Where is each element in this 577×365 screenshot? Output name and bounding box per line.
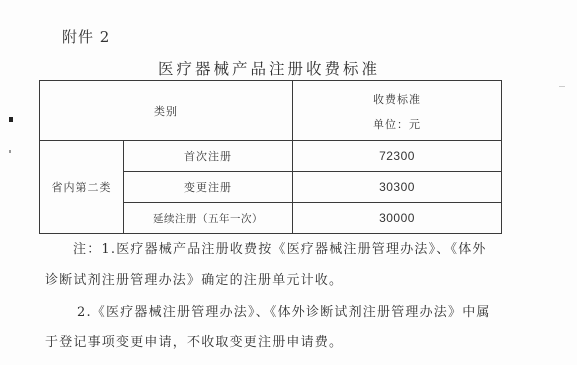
registration-type: 首次注册 xyxy=(124,141,293,172)
registration-type: 变更注册 xyxy=(124,172,293,203)
scan-speck xyxy=(9,117,13,122)
note-1-line-1: 注：1.医疗器械产品注册收费按《医疗器械注册管理办法》、《体外 xyxy=(73,238,487,257)
header-category: 类别 xyxy=(40,81,293,141)
note-2-line-1: 2.《医疗器械注册管理办法》、《体外诊断试剂注册管理办法》中属 xyxy=(77,301,491,320)
note-2-line-2: 于登记事项变更申请，不收取变更注册申请费。 xyxy=(45,331,343,350)
scan-speck xyxy=(9,150,11,153)
header-unit-label: 单位：元 xyxy=(293,119,501,130)
fee-value: 30300 xyxy=(293,172,502,203)
note-1-line-2: 诊断试剂注册管理办法》确定的注册单元计收。 xyxy=(45,269,343,288)
fee-table: 类别 收费标准 单位：元 省内第二类 首次注册 72300 变更注册 30300… xyxy=(39,80,502,234)
fee-value: 72300 xyxy=(293,141,502,172)
header-fee: 收费标准 单位：元 xyxy=(293,81,502,141)
document-title: 医疗器械产品注册收费标准 xyxy=(158,57,380,79)
table-header-row: 类别 收费标准 单位：元 xyxy=(40,81,502,141)
header-fee-label: 收费标准 xyxy=(293,94,501,105)
attachment-label: 附件 2 xyxy=(62,26,110,47)
scan-speck xyxy=(559,86,565,87)
table-row: 省内第二类 首次注册 72300 xyxy=(40,141,502,172)
fee-value: 30000 xyxy=(293,203,502,234)
registration-type: 延续注册（五年一次） xyxy=(124,203,293,234)
group-cell: 省内第二类 xyxy=(40,141,124,234)
